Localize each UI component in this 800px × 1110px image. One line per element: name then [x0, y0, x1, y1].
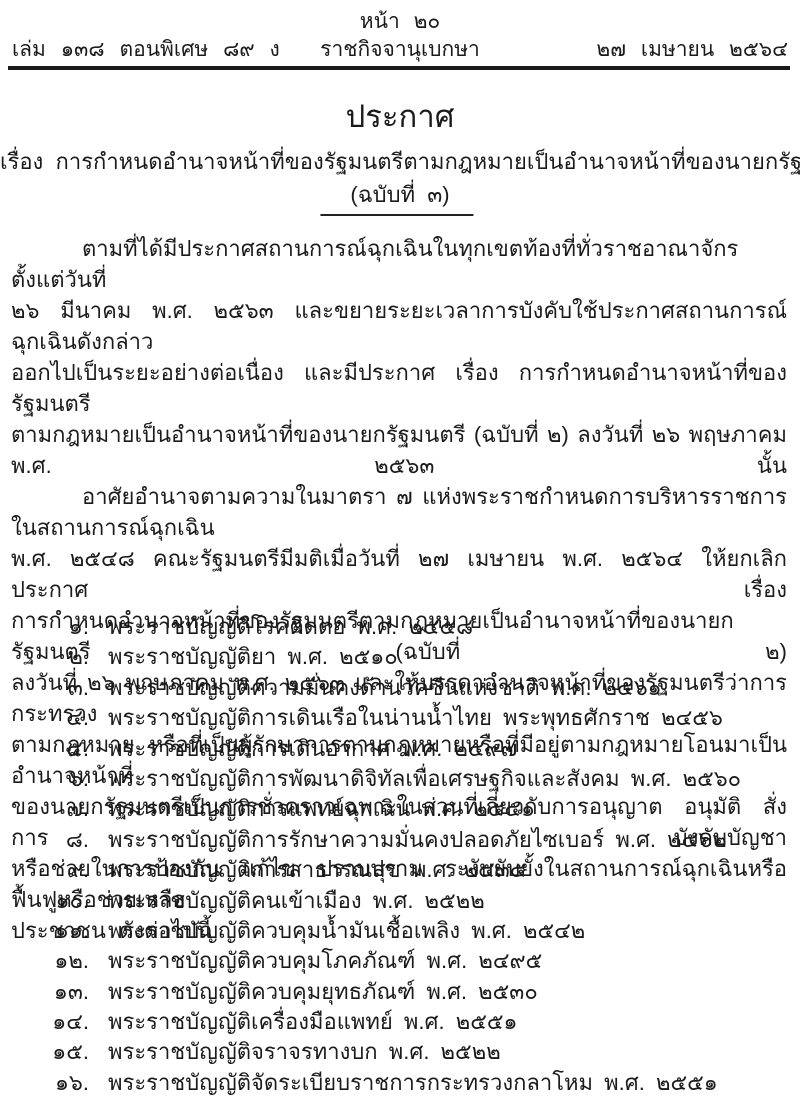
act-list-item: ๑๑.พระราชบัญญัติควบคุมน้ำมันเชื้อเพลิง พ… — [11, 916, 787, 946]
paragraph-line: อาศัยอำนาจตามความในมาตรา ๗ แห่งพระราชกำห… — [11, 481, 787, 543]
act-number: ๑๕. — [11, 1037, 89, 1067]
act-title: พระราชบัญญัติจัดระเบียบราชการกระทรวงกลาโ… — [108, 1068, 718, 1098]
gazette-document-page: หน้า ๒๐ เล่ม ๑๓๘ ตอนพิเศษ ๘๙ ง ราชกิจจาน… — [0, 0, 800, 1110]
act-title: พระราชบัญญัติการพัฒนาดิจิทัลเพื่อเศรษฐกิ… — [108, 764, 741, 794]
act-list-item: ๑๖.พระราชบัญญัติจัดระเบียบราชการกระทรวงก… — [11, 1068, 787, 1098]
act-list-item: ๗.พระราชบัญญัติการแพทย์ฉุกเฉิน พ.ศ. ๒๕๕๑ — [11, 794, 787, 824]
act-list-item: ๖.พระราชบัญญัติการพัฒนาดิจิทัลเพื่อเศรษฐ… — [11, 764, 787, 794]
act-list-item: ๙.พระราชบัญญัติการสาธารณสุข พ.ศ. ๒๕๓๕ — [11, 855, 787, 885]
volume-issue: เล่ม ๑๓๘ ตอนพิเศษ ๘๙ ง — [12, 36, 280, 63]
act-number: ๑๐. — [11, 886, 89, 916]
act-title: พระราชบัญญัติเครื่องมือแพทย์ พ.ศ. ๒๕๕๑ — [108, 1007, 517, 1037]
act-title: พระราชบัญญัติการแพทย์ฉุกเฉิน พ.ศ. ๒๕๕๑ — [108, 794, 535, 824]
act-number: ๕. — [11, 734, 89, 764]
act-list-item: ๑๐.พระราชบัญญัติคนเข้าเมือง พ.ศ. ๒๕๒๒ — [11, 886, 787, 916]
act-number: ๖. — [11, 764, 89, 794]
act-title: พระราชบัญญัติความมั่นคงด้านวัคซีนแห่งชาต… — [108, 673, 662, 703]
act-number: ๘. — [11, 825, 89, 855]
act-number: ๓. — [11, 673, 89, 703]
act-number: ๗. — [11, 794, 89, 824]
announcement-heading: ประกาศ — [0, 97, 800, 137]
title-divider-rule — [320, 214, 473, 216]
act-number: ๒. — [11, 642, 89, 672]
act-title: พระราชบัญญัติควบคุมน้ำมันเชื้อเพลิง พ.ศ.… — [108, 916, 585, 946]
act-list-item: ๘.พระราชบัญญัติการรักษาความมั่นคงปลอดภัย… — [11, 825, 787, 855]
act-title: พระราชบัญญัติคนเข้าเมือง พ.ศ. ๒๕๒๒ — [108, 886, 485, 916]
act-title: พระราชบัญญัติการรักษาความมั่นคงปลอดภัยไซ… — [108, 825, 727, 855]
act-title: พระราชบัญญัติควบคุมยุทธภัณฑ์ พ.ศ. ๒๕๓๐ — [108, 977, 538, 1007]
act-list-item: ๔.พระราชบัญญัติการเดินเรือในน่านน้ำไทย พ… — [11, 703, 787, 733]
header-double-rule — [8, 66, 790, 70]
act-title: พระราชบัญญัติการเดินเรือในน่านน้ำไทย พระ… — [108, 703, 723, 733]
act-number: ๑๔. — [11, 1007, 89, 1037]
paragraph-line: ๒๖ มีนาคม พ.ศ. ๒๕๖๓ และขยายระยะเวลาการบั… — [11, 295, 787, 357]
acts-list: ๑.พระราชบัญญัติโรคติดต่อ พ.ศ. ๒๕๕๘ ๒.พระ… — [11, 612, 787, 1098]
act-list-item: ๑๒.พระราชบัญญัติควบคุมโภคภัณฑ์ พ.ศ. ๒๔๙๕ — [11, 946, 787, 976]
announcement-subject: เรื่อง การกำหนดอำนาจหน้าที่ของรัฐมนตรีตา… — [0, 147, 800, 176]
paragraph-line: ตามที่ได้มีประกาศสถานการณ์ฉุกเฉินในทุกเข… — [11, 233, 787, 295]
act-number: ๑. — [11, 612, 89, 642]
act-title: พระราชบัญญัติโรคติดต่อ พ.ศ. ๒๕๕๘ — [108, 612, 473, 642]
paragraph-line: ตามกฎหมายเป็นอำนาจหน้าที่ของนายกรัฐมนตรี… — [11, 419, 787, 481]
announcement-edition: (ฉบับที่ ๓) — [0, 180, 800, 209]
paragraph-line: ออกไปเป็นระยะอย่างต่อเนื่อง และมีประกาศ … — [11, 357, 787, 419]
act-title: พระราชบัญญัติการสาธารณสุข พ.ศ. ๒๕๓๕ — [108, 855, 526, 885]
act-title: พระราชบัญญัติยา พ.ศ. ๒๕๑๐ — [108, 642, 398, 672]
act-title: พระราชบัญญัติจราจรทางบก พ.ศ. ๒๕๒๒ — [108, 1037, 501, 1067]
act-number: ๑๒. — [11, 946, 89, 976]
act-title: พระราชบัญญัติควบคุมโภคภัณฑ์ พ.ศ. ๒๔๙๕ — [108, 946, 542, 976]
act-number: ๔. — [11, 703, 89, 733]
act-list-item: ๑๔.พระราชบัญญัติเครื่องมือแพทย์ พ.ศ. ๒๕๕… — [11, 1007, 787, 1037]
paragraph-line: พ.ศ. ๒๕๔๘ คณะรัฐมนตรีมีมติเมื่อวันที่ ๒๗… — [11, 543, 787, 605]
act-list-item: ๓.พระราชบัญญัติความมั่นคงด้านวัคซีนแห่งช… — [11, 673, 787, 703]
act-number: ๑๖. — [11, 1068, 89, 1098]
act-list-item: ๑๓.พระราชบัญญัติควบคุมยุทธภัณฑ์ พ.ศ. ๒๕๓… — [11, 977, 787, 1007]
page-number: หน้า ๒๐ — [0, 8, 800, 35]
act-list-item: ๒.พระราชบัญญัติยา พ.ศ. ๒๕๑๐ — [11, 642, 787, 672]
act-number: ๑๑. — [11, 916, 89, 946]
gazette-header-row: เล่ม ๑๓๘ ตอนพิเศษ ๘๙ ง ราชกิจจานุเบกษา ๒… — [12, 36, 788, 63]
gazette-title: ราชกิจจานุเบกษา — [320, 36, 480, 63]
act-list-item: ๑.พระราชบัญญัติโรคติดต่อ พ.ศ. ๒๕๕๘ — [11, 612, 787, 642]
publication-date: ๒๗ เมษายน ๒๕๖๔ — [596, 36, 788, 63]
act-list-item: ๑๕.พระราชบัญญัติจราจรทางบก พ.ศ. ๒๕๒๒ — [11, 1037, 787, 1067]
act-number: ๙. — [11, 855, 89, 885]
act-title: พระราชบัญญัติการเดินอากาศ พ.ศ. ๒๔๙๗ — [108, 734, 517, 764]
act-number: ๑๓. — [11, 977, 89, 1007]
act-list-item: ๕.พระราชบัญญัติการเดินอากาศ พ.ศ. ๒๔๙๗ — [11, 734, 787, 764]
